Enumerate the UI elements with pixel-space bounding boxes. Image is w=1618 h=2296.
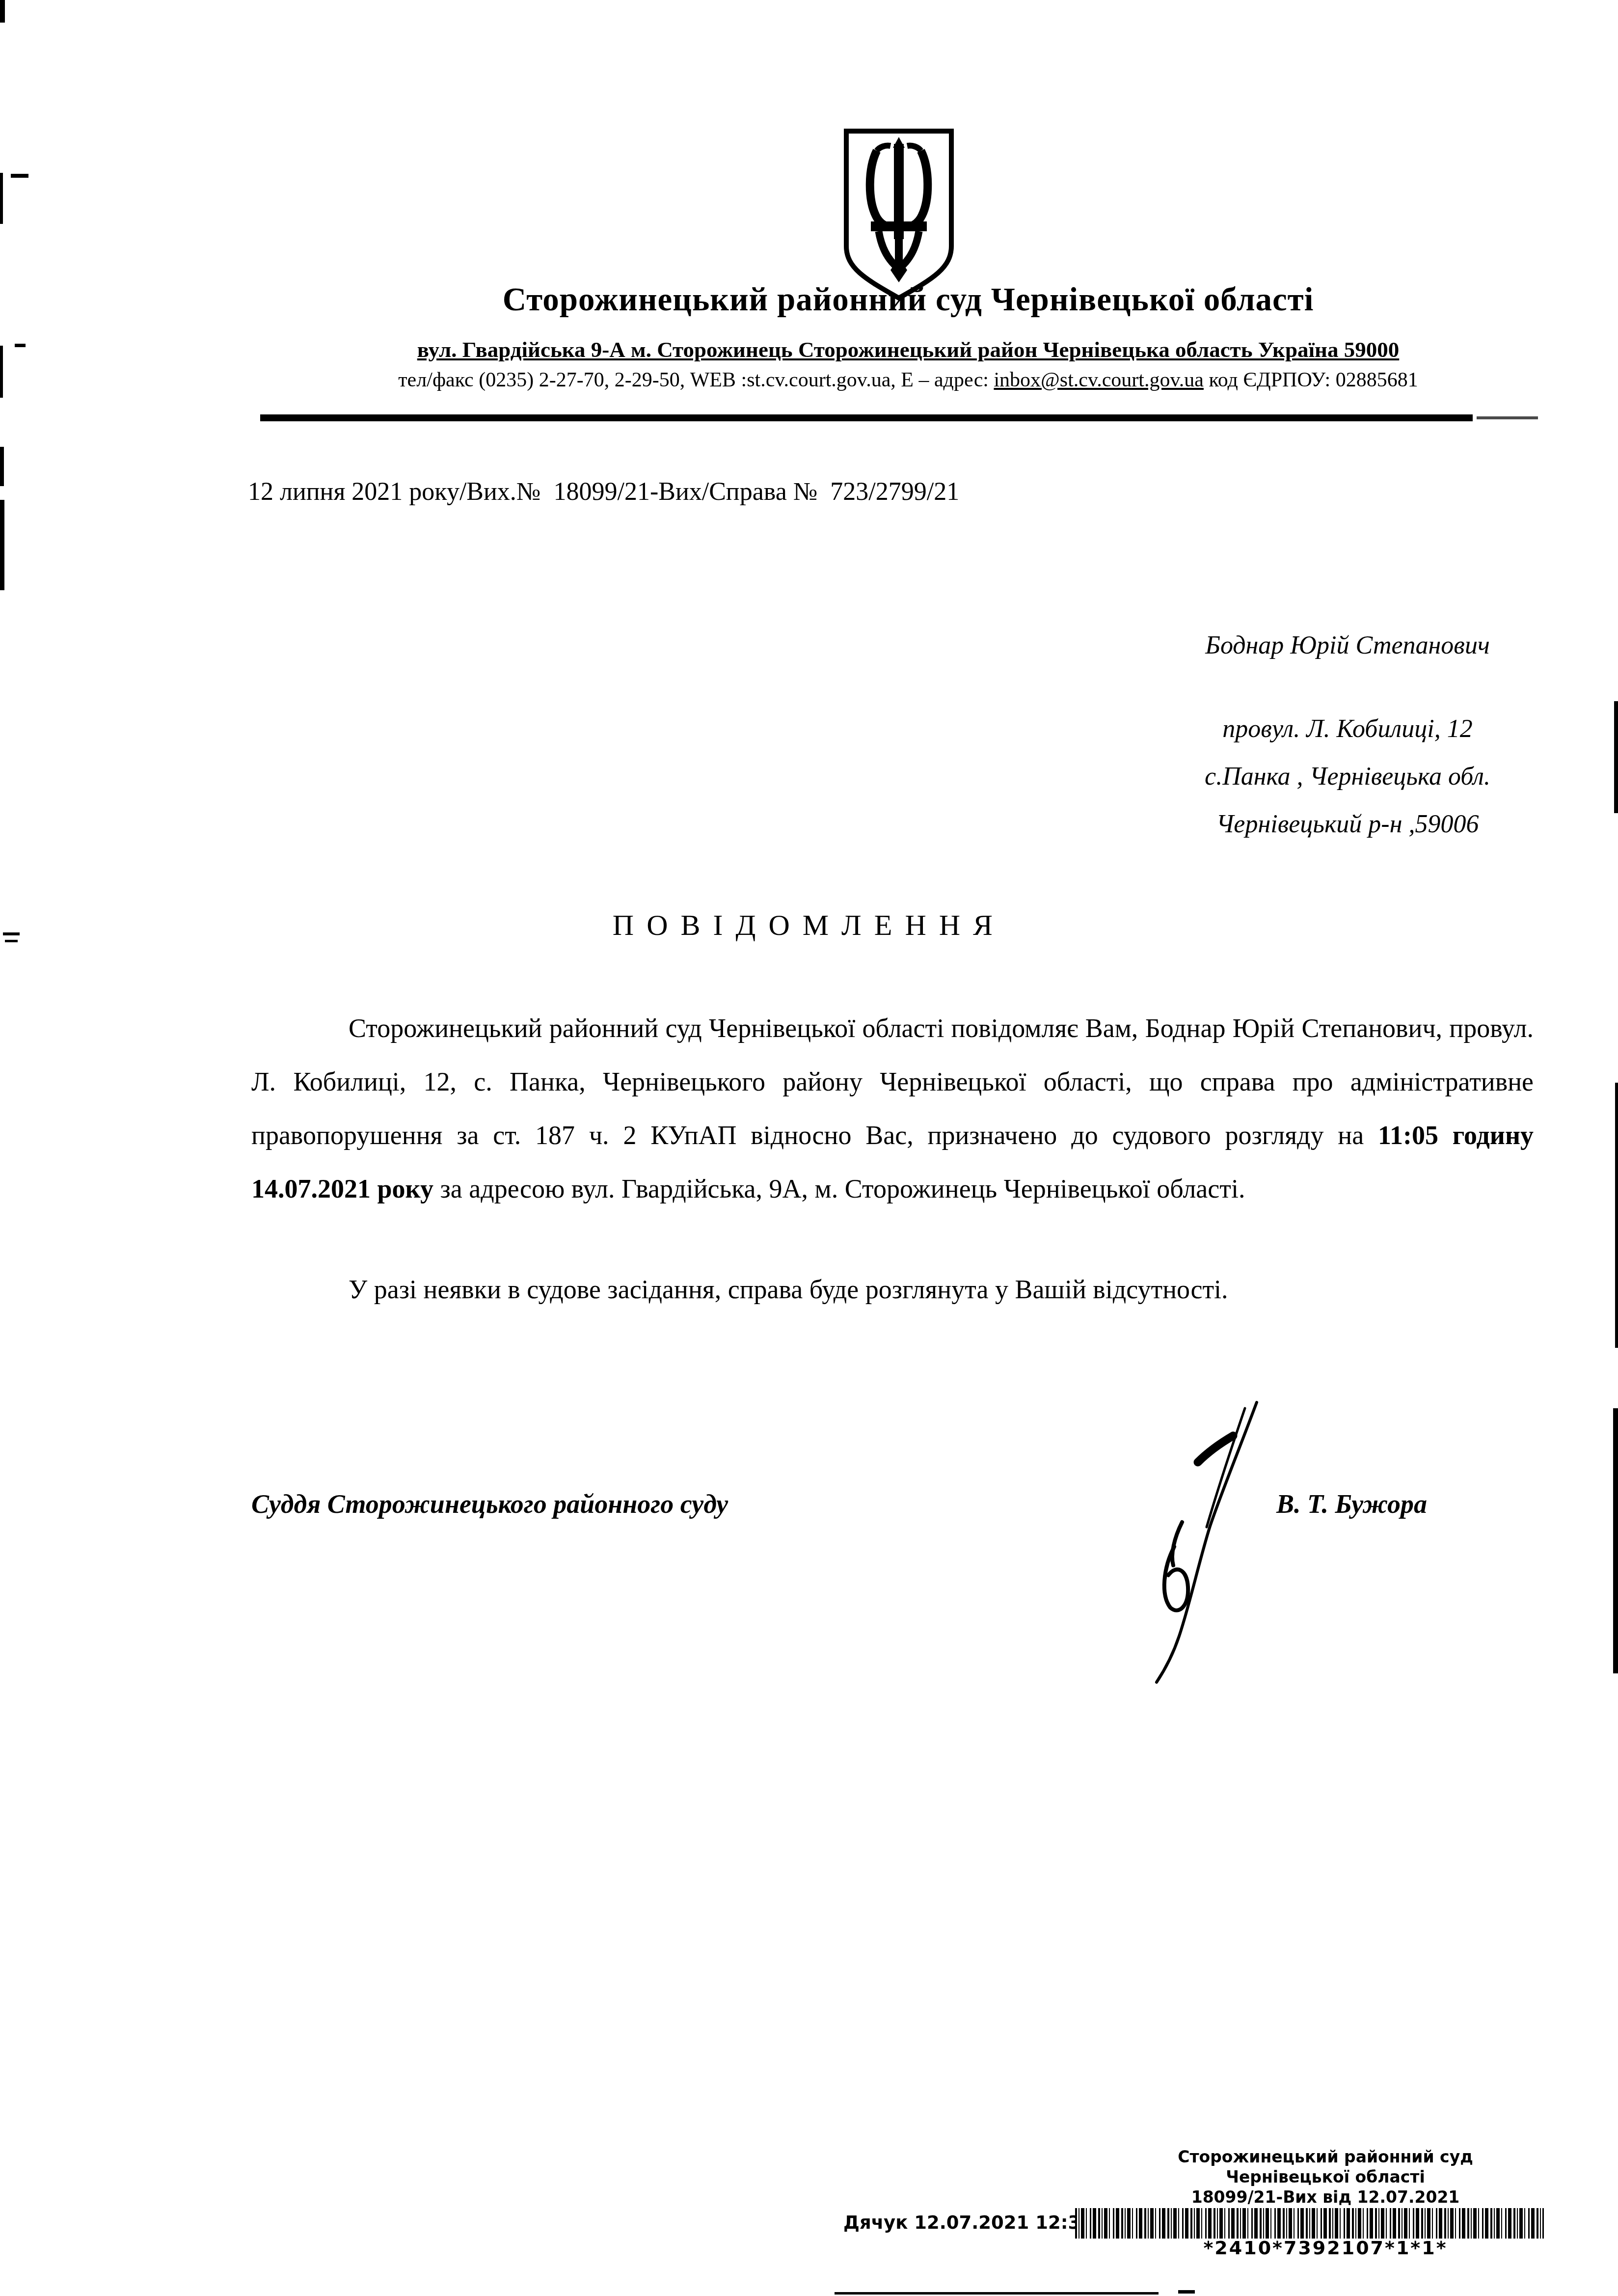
- ukraine-trident-emblem-icon: [840, 125, 957, 304]
- body-text-after-bold: за адресою вул. Гвардійська, 9А, м. Стор…: [433, 1174, 1245, 1203]
- outgoing-reference-line: 12 липня 2021 року/Вих.№ 18099/21-Вих/Сп…: [248, 477, 959, 506]
- court-contact-line: тел/факс (0235) 2-27-70, 2-29-50, WEB :s…: [226, 368, 1591, 392]
- notice-body: Сторожинецький районний суд Чернівецької…: [251, 1002, 1534, 1316]
- court-address-text: вул. Гвардійська 9-А м. Сторожинець Стор…: [417, 337, 1399, 362]
- barcode-icon: [1075, 2208, 1544, 2239]
- recipient-address-line: провул. Л. Кобилиці, 12: [1149, 705, 1546, 753]
- court-name-heading: Сторожинецький районний суд Чернівецької…: [226, 281, 1591, 319]
- recipient-name: Боднар Юрій Степанович: [1149, 631, 1546, 660]
- court-address-line: вул. Гвардійська 9-А м. Сторожинець Стор…: [226, 337, 1591, 362]
- scan-artifact: [0, 500, 4, 590]
- footer-court-block: Сторожинецький районний суд Чернівецької…: [1119, 2147, 1532, 2207]
- footer-court-line: Сторожинецький районний суд: [1119, 2147, 1532, 2167]
- footer-court-line: Чернівецької області: [1119, 2167, 1532, 2187]
- judge-name: В. Т. Бужора: [1276, 1489, 1427, 1519]
- contact-prefix: тел/факс (0235) 2-27-70, 2-29-50, WEB :s…: [398, 369, 994, 391]
- body-paragraph-1: Сторожинецький районний суд Чернівецької…: [251, 1002, 1534, 1216]
- footer-court-line: 18099/21-Вих від 12.07.2021: [1119, 2187, 1532, 2207]
- handwritten-signature-icon: [1051, 1399, 1267, 1687]
- scan-artifact: [1614, 701, 1618, 813]
- scan-artifact: [835, 2292, 1159, 2295]
- scan-artifact: [0, 0, 5, 23]
- court-notice-document: Сторожинецький районний суд Чернівецької…: [0, 0, 1618, 2296]
- scan-artifact: [11, 174, 28, 178]
- body-paragraph-2: У разі неявки в судове засідання, справа…: [251, 1263, 1534, 1316]
- contact-suffix: код ЄДРПОУ: 02885681: [1204, 369, 1418, 391]
- scan-artifact: [15, 344, 26, 347]
- scan-artifact: [1615, 1083, 1618, 1348]
- scan-artifact: [0, 447, 4, 486]
- header-divider-rule-tail: [1477, 416, 1538, 419]
- recipient-address-line: Чернівецький р-н ,59006: [1149, 800, 1546, 848]
- recipient-block: Боднар Юрій Степанович провул. Л. Кобили…: [1149, 631, 1546, 848]
- scan-artifact: [1613, 1408, 1618, 1673]
- header-divider-rule: [260, 414, 1473, 421]
- judge-role-label: Суддя Сторожинецького районного суду: [251, 1489, 728, 1519]
- scan-artifact: [0, 346, 3, 398]
- document-title: ПОВІДОМЛЕННЯ: [0, 908, 1618, 942]
- scan-artifact: [0, 173, 3, 224]
- recipient-address-line: с.Панка , Чернівецька обл.: [1149, 753, 1546, 800]
- scan-artifact: [1178, 2290, 1195, 2294]
- body-text-before-bold: Сторожинецький районний суд Чернівецької…: [251, 1013, 1534, 1150]
- barcode-caption: *2410*7392107*1*1*: [1119, 2237, 1532, 2259]
- court-email-link[interactable]: inbox@st.cv.court.gov.ua: [994, 369, 1204, 391]
